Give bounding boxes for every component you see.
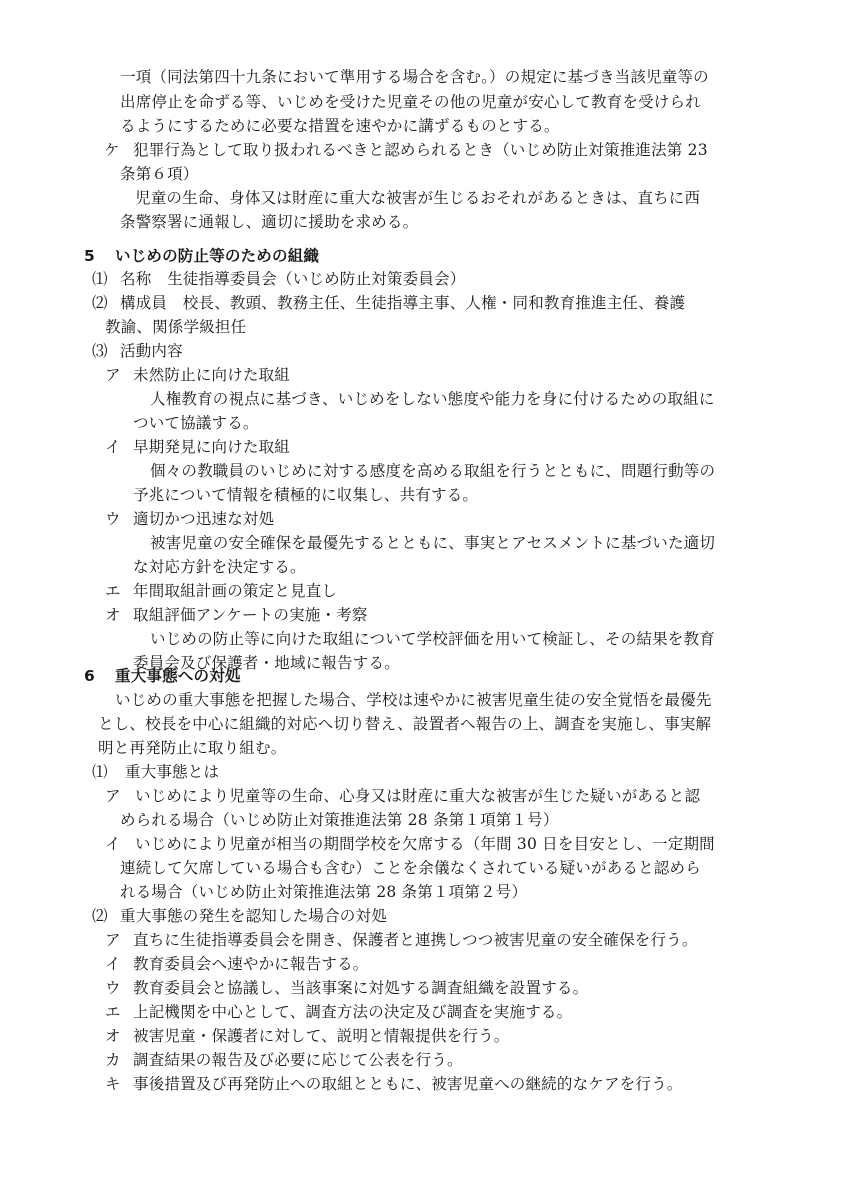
s5-sub1-text: 名称 生徒指導委員会（いじめ防止対策委員会） — [120, 268, 465, 290]
s6-sub2-e-marker: エ — [105, 1001, 121, 1023]
s6-sub2-o-marker: オ — [105, 1025, 121, 1047]
continuation-line-3: るようにするために必要な措置を速やかに講ずるものとする。 — [120, 115, 560, 137]
s6-sub1-marker: ⑴ — [92, 761, 108, 783]
s6-sub2-ki-text: 事後措置及び再発防止への取組とともに、被害児童への継続的なケアを行う。 — [133, 1073, 683, 1095]
s5-sub2-line2: 教諭、関係学級担任 — [105, 316, 246, 338]
s6-sub2-u-marker: ウ — [105, 977, 121, 999]
s5-item-u-body1: 被害児童の安全確保を最優先するとともに、事実とアセスメントに基づいた適切 — [150, 532, 715, 554]
s5-item-a-title: 未然防止に向けた取組 — [133, 364, 290, 386]
s6-sub2-ki-marker: キ — [105, 1073, 121, 1095]
s5-sub2-marker: ⑵ — [92, 292, 108, 314]
s6-sub2-u-text: 教育委員会と協議し、当該事案に対処する調査組織を設置する。 — [133, 977, 588, 999]
s6-sub2-ka-text: 調査結果の報告及び必要に応じて公表を行う。 — [133, 1049, 463, 1071]
section-6-number: 6 — [84, 665, 95, 687]
s6-sub2-a-text: 直ちに生徒指導委員会を開き、保護者と連携しつつ被害児童の安全確保を行う。 — [133, 929, 698, 951]
s6-sub1-i-line3: れる場合（いじめ防止対策推進法第 28 条第１項第２号） — [120, 881, 527, 903]
s5-item-u-body2: な対応方針を決定する。 — [133, 556, 306, 578]
item-ke-title-1: 犯罪行為として取り扱われるべきと認められるとき（いじめ防止対策推進法第 23 — [133, 139, 708, 161]
continuation-line-2: 出席停止を命ずる等、いじめを受けた児童その他の児童が安心して教育を受けられ — [120, 91, 701, 113]
s5-item-e-marker: エ — [105, 580, 121, 602]
s5-item-a-body2: ついて協議する。 — [133, 412, 259, 434]
s6-sub2-a-marker: ア — [105, 929, 121, 951]
s5-item-u-title: 適切かつ迅速な対処 — [133, 508, 274, 530]
s5-item-o-title: 取組評価アンケートの実施・考察 — [133, 604, 368, 626]
s6-sub2-marker: ⑵ — [92, 905, 108, 927]
s5-item-a-body1: 人権教育の視点に基づき、いじめをしない態度や能力を身に付けるための取組に — [150, 388, 715, 410]
continuation-line-1: 一項（同法第四十九条において準用する場合を含む。）の規定に基づき当該児童等の — [120, 66, 709, 88]
s5-item-o-body1: いじめの防止等に向けた取組について学校評価を用いて検証し、その結果を教育 — [150, 628, 715, 650]
s6-sub1-i-line2: 連続して欠席している場合も含む）ことを余儀なくされている疑いがあると認めら — [120, 857, 701, 879]
section-6-title: 重大事態への対処 — [115, 665, 241, 687]
s6-sub1-a-line2: められる場合（いじめ防止対策推進法第 28 条第１項第１号） — [120, 809, 559, 831]
s6-sub1-text: 重大事態とは — [125, 761, 219, 783]
s6-sub1-a-marker: ア — [105, 785, 121, 807]
s6-sub2-i-marker: イ — [105, 953, 121, 975]
s6-sub1-i-line1: いじめにより児童が相当の期間学校を欠席する（年間 30 日を目安とし、一定期間 — [135, 833, 715, 855]
item-ke-marker: ケ — [104, 139, 120, 161]
s5-sub2-line1: 構成員 校長、教頭、教務主任、生徒指導主事、人権・同和教育推進主任、養護 — [120, 292, 685, 314]
s6-sub2-e-text: 上記機関を中心として、調査方法の決定及び調査を実施する。 — [133, 1001, 572, 1023]
s5-item-i-marker: イ — [105, 436, 121, 458]
section-5-number: 5 — [84, 245, 95, 267]
s6-intro-3: 明と再発防止に取り組む。 — [98, 737, 286, 759]
s6-sub1-i-marker: イ — [105, 833, 121, 855]
s6-sub2-i-text: 教育委員会へ速やかに報告する。 — [133, 953, 369, 975]
s6-sub2-ka-marker: カ — [105, 1049, 121, 1071]
s5-sub3-marker: ⑶ — [92, 340, 108, 362]
s6-intro-1: いじめの重大事態を把握した場合、学校は速やかに被害児童生徒の安全覚悟を最優先 — [115, 689, 712, 711]
item-ke-title-2: 条第６項） — [120, 163, 199, 185]
s5-item-e-title: 年間取組計画の策定と見直し — [133, 580, 337, 602]
s5-item-i-body2: 予兆について情報を積極的に収集し、共有する。 — [133, 484, 478, 506]
s6-sub2-text: 重大事態の発生を認知した場合の対処 — [120, 905, 387, 927]
s5-item-a-marker: ア — [105, 364, 121, 386]
s6-sub1-a-line1: いじめにより児童等の生命、心身又は財産に重大な被害が生じた疑いがあると認 — [135, 785, 700, 807]
s6-intro-2: とし、校長を中心に組織的対応へ切り替え、設置者へ報告の上、調査を実施し、事実解 — [98, 713, 711, 735]
s6-sub2-o-text: 被害児童・保護者に対して、説明と情報提供を行う。 — [133, 1025, 510, 1047]
s5-item-u-marker: ウ — [105, 508, 121, 530]
s5-item-o-marker: オ — [105, 604, 121, 626]
s5-sub3-text: 活動内容 — [120, 340, 183, 362]
s5-item-i-title: 早期発見に向けた取組 — [133, 436, 290, 458]
s5-item-i-body1: 個々の教職員のいじめに対する感度を高める取組を行うとともに、問題行動等の — [150, 460, 715, 482]
section-5-title: いじめの防止等のための組織 — [115, 245, 319, 267]
s5-sub1-marker: ⑴ — [92, 268, 108, 290]
item-ke-body-2: 条警察署に通報し、適切に援助を求める。 — [120, 211, 418, 233]
item-ke-body-1: 児童の生命、身体又は財産に重大な被害が生じるおそれがあるときは、直ちに西 — [135, 187, 700, 209]
